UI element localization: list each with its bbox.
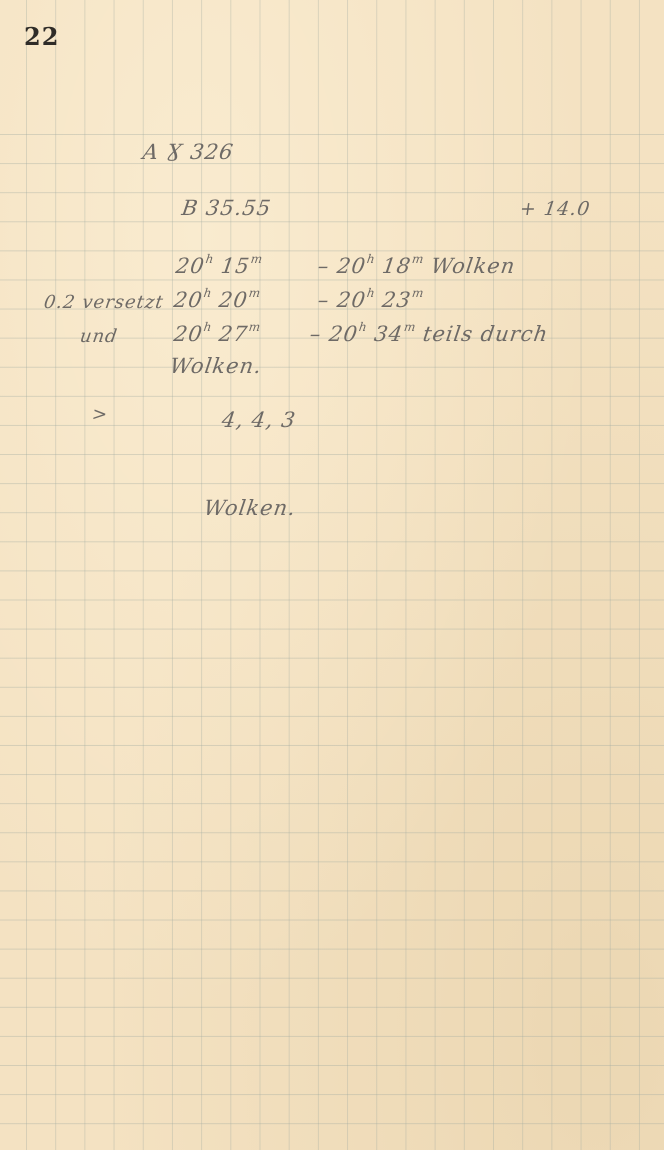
minute-unit: m <box>411 252 425 266</box>
estimate-values: 4, 4, 3 <box>220 408 297 432</box>
end-minute: 34 <box>373 322 405 346</box>
start-minute: 15 <box>219 254 251 278</box>
dash: – <box>316 288 331 312</box>
margin-mark: > <box>91 404 110 425</box>
minute-unit: m <box>403 320 417 334</box>
start-minute: 27 <box>217 322 249 346</box>
start-hour: 20 <box>174 254 206 278</box>
minute-unit: m <box>250 252 264 266</box>
grid-lines <box>0 134 664 1150</box>
continuation-note: Wolken. <box>168 354 263 378</box>
observation-row-1: 20h 15m <box>174 254 264 278</box>
temperature: + 14.0 <box>518 198 591 220</box>
minute-unit: m <box>411 286 425 300</box>
dash: – <box>308 322 323 346</box>
observation-prefix: 0.2 versetzt <box>43 292 166 313</box>
hour-unit: h <box>366 286 377 300</box>
end-hour: 20 <box>336 254 368 278</box>
observation-note: teils durch <box>421 322 549 346</box>
observation-row-3: 20h 27m <box>172 322 262 346</box>
start-minute: 20 <box>217 288 249 312</box>
minute-unit: m <box>248 286 262 300</box>
hour-unit: h <box>205 252 216 266</box>
notebook-page: 22 A Ɣ 326 B 35.55 + 14.0 20h 15m – 20h … <box>0 0 664 1150</box>
end-hour: 20 <box>328 322 360 346</box>
dash: – <box>316 254 331 278</box>
end-minute: 23 <box>381 288 413 312</box>
hour-unit: h <box>203 320 214 334</box>
observation-note: Wolken <box>429 254 517 278</box>
hour-unit: h <box>358 320 369 334</box>
observation-prefix: und <box>79 326 120 347</box>
observation-row-3-end: – 20h 34m teils durch <box>308 322 550 346</box>
hour-unit: h <box>366 252 377 266</box>
object-label: A Ɣ 326 <box>141 140 235 164</box>
final-note: Wolken. <box>202 496 297 520</box>
end-minute: 18 <box>381 254 413 278</box>
hour-unit: h <box>203 286 214 300</box>
page-number: 22 <box>24 22 59 51</box>
observation-row-2: 20h 20m <box>172 288 262 312</box>
end-hour: 20 <box>336 288 368 312</box>
observation-row-2-end: – 20h 23m <box>316 288 425 312</box>
observation-row-1-end: – 20h 18m Wolken <box>316 254 517 278</box>
minute-unit: m <box>248 320 262 334</box>
b-value: B 35.55 <box>180 196 273 220</box>
start-hour: 20 <box>172 322 204 346</box>
start-hour: 20 <box>172 288 204 312</box>
